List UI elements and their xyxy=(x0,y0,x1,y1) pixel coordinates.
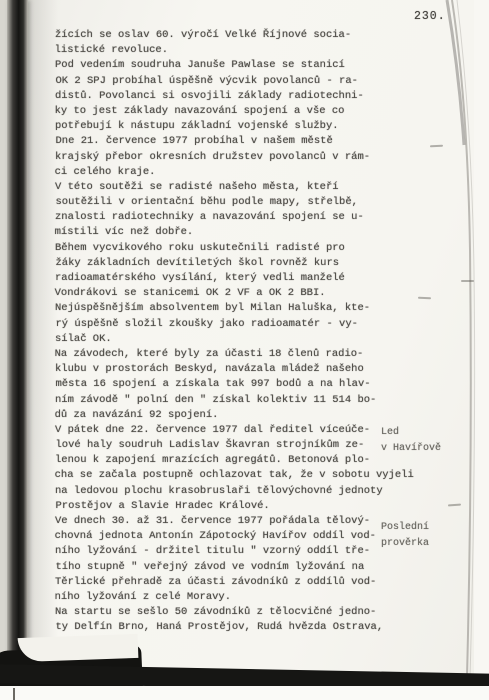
document-line: ním závodě " polní den " získal kolektiv… xyxy=(55,393,455,408)
document-line: sílač OK. xyxy=(55,332,455,347)
document-line: listické revoluce. xyxy=(55,43,455,58)
document-line: Na startu se sešlo 50 závodníků z tělocv… xyxy=(55,605,455,620)
document-line: Těrlické přehradě za účasti závodníků z … xyxy=(55,575,455,590)
document-line: žáky základních devítiletých škol rovněž… xyxy=(56,256,456,271)
document-line: distů. Povolanci si osvojili základy rad… xyxy=(55,89,455,104)
document-line: ci celého kraje. xyxy=(55,165,455,180)
document-line: soutěžili v orientační běhu podle mapy, … xyxy=(56,195,456,210)
document-line: Vondrákovi se stanicemi OK 2 VF a OK 2 B… xyxy=(55,286,455,301)
document-line: Během vycvikového roku uskutečnili radis… xyxy=(55,241,455,256)
document-line: radioamatérského vysílání, který vedli m… xyxy=(55,271,455,286)
document-line: znalosti radiotechniky a navazování spoj… xyxy=(55,210,455,225)
document-line: Nejúspěšnějším absolventem byl Milan Hal… xyxy=(55,301,455,316)
page-corner-curl xyxy=(18,634,139,662)
document-line: místili víc než dobře. xyxy=(55,225,455,240)
document-line: na ledovou plochu krasobruslaři tělových… xyxy=(55,484,455,499)
document-line: města 16 spojení a získala tak 997 bodů … xyxy=(56,377,456,392)
scanned-document-page: 230. žících se oslav 60. výročí Velké Ří… xyxy=(0,0,489,700)
document-line: ního lyžování z celé Moravy. xyxy=(55,590,455,605)
page-number: 230. xyxy=(414,10,446,23)
margin-note-line: Led xyxy=(381,425,441,441)
margin-note-line: Poslední xyxy=(381,520,429,536)
document-line: krajský přebor okresních družstev povola… xyxy=(55,150,455,165)
document-line: cha se začala postupně ochlazovat tak, ž… xyxy=(55,468,455,483)
document-line: Na závodech, které byly za účasti 18 čle… xyxy=(55,347,455,362)
document-line: Pod vedením soudruha Januše Pawlase se s… xyxy=(55,58,455,73)
document-line: ty Delfín Brno, Haná Prostějov, Rudá hvě… xyxy=(56,620,456,635)
document-line: dů za navázání 92 spojení. xyxy=(55,408,455,423)
document-line: klubu v prostorách Beskyd, navázala mlád… xyxy=(55,362,455,377)
next-page-spine-line xyxy=(13,688,15,700)
document-line: potřebují k nástupu základní vojenské sl… xyxy=(55,119,455,134)
margin-note-line: prověrka xyxy=(381,536,429,552)
scan-artifact-dash xyxy=(461,280,474,282)
document-line: V této soutěži se radisté našeho města, … xyxy=(55,180,455,195)
margin-note-ice-in-havirov: Ledv Havířově xyxy=(381,425,441,456)
document-line: žících se oslav 60. výročí Velké Říjnové… xyxy=(55,28,455,43)
next-page-sliver xyxy=(0,686,489,700)
document-line: ky to jest základy navazování spojení a … xyxy=(55,104,455,119)
document-line: tího stupně " veřejný závod ve vodním ly… xyxy=(56,560,456,575)
margin-note-last-check: Posledníprověrka xyxy=(381,520,429,551)
margin-note-line: v Havířově xyxy=(381,441,441,457)
document-line: Prostějov a Slavie Hradec Králové. xyxy=(56,499,456,514)
document-line: OK 2 SPJ probíhal úspěšně výcvik povolan… xyxy=(56,74,456,89)
document-line: rý úspěšně složil zkoušky jako radioamat… xyxy=(56,317,456,332)
document-line: Dne 21. července 1977 probíhal v našem m… xyxy=(56,134,456,149)
